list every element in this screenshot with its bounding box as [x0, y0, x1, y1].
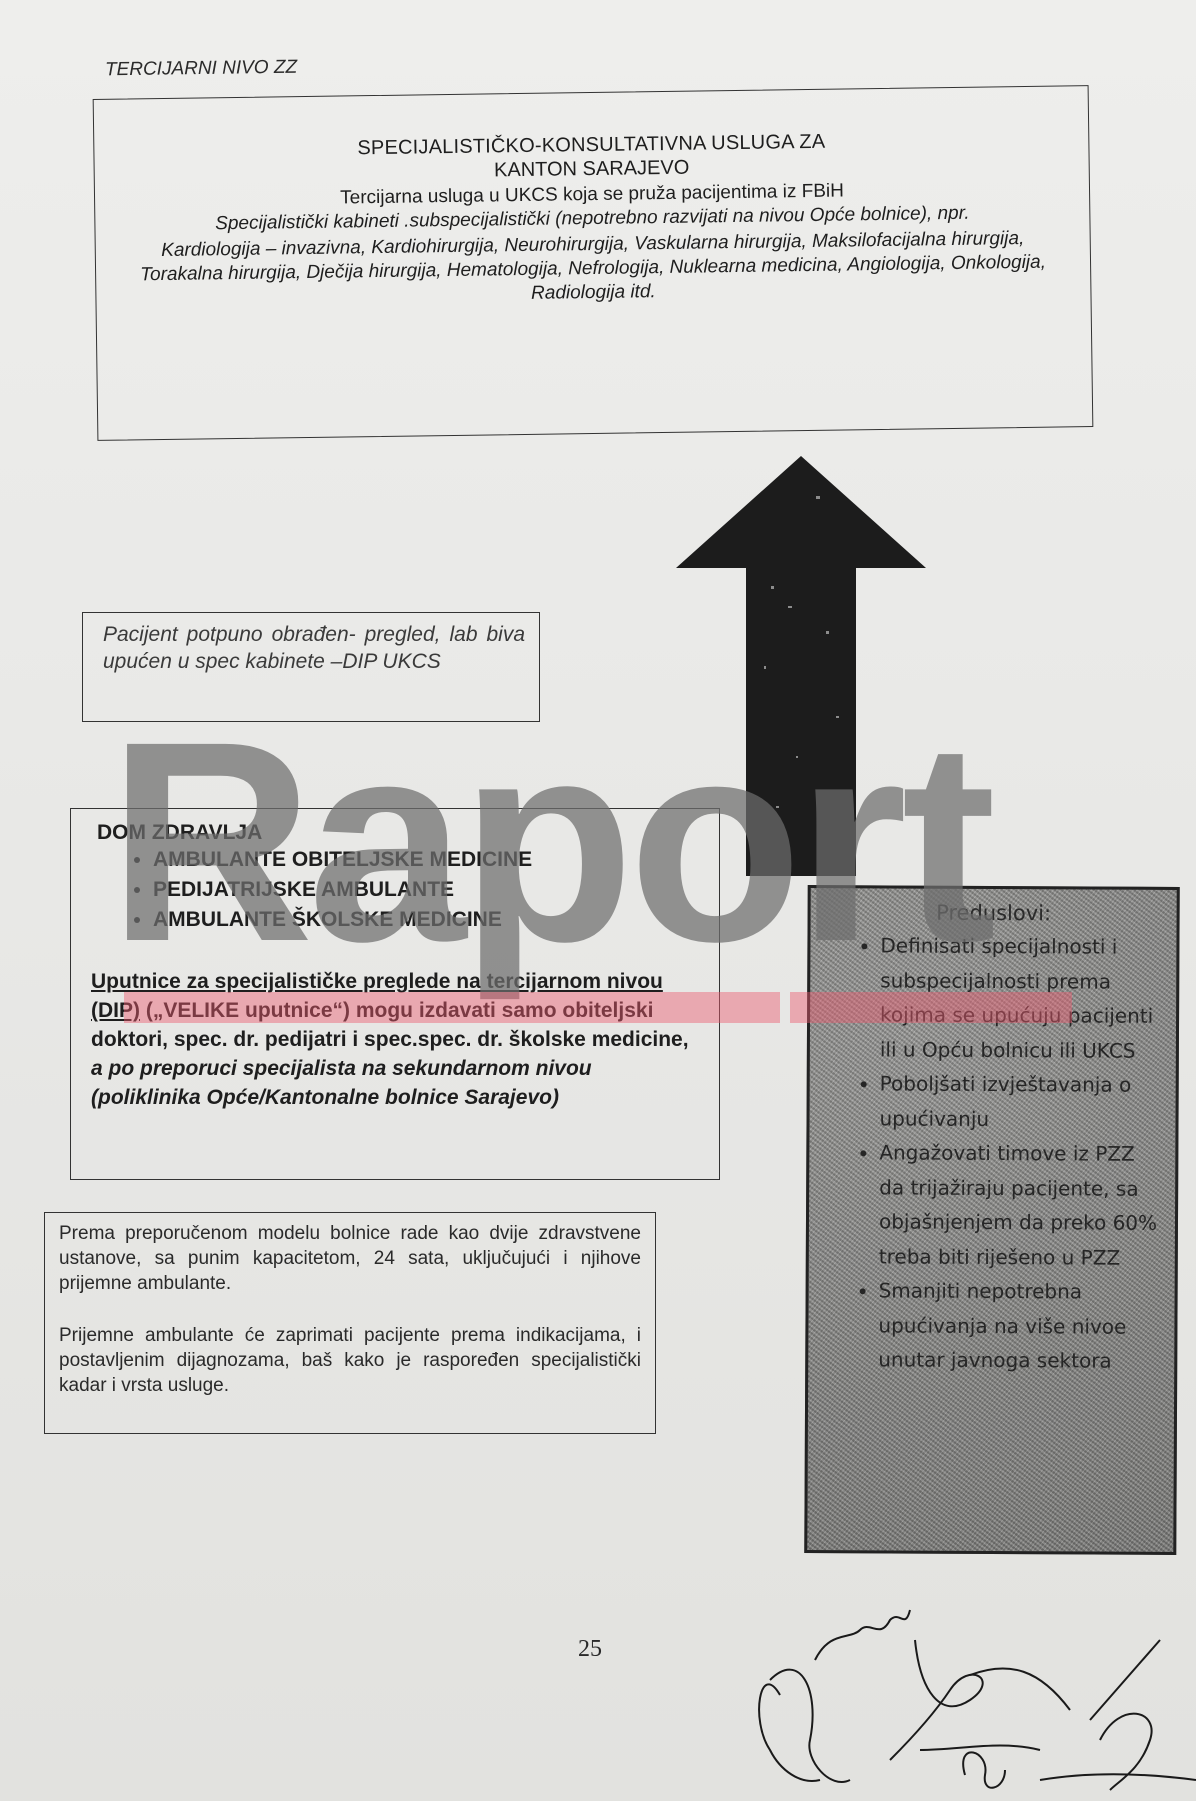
tertiary-service-box: SPECIJALISTIČKO-KONSULTATIVNA USLUGA ZA …	[93, 85, 1094, 441]
referral-italic: a po preporuci specijalista na sekundarn…	[91, 1057, 592, 1109]
precondition-item: Poboljšati izvještavanja o upućivanju	[879, 1066, 1167, 1137]
ambulance-item: AMBULANTE ŠKOLSKE MEDICINE	[153, 905, 532, 935]
preconditions-title: Preduslovi:	[811, 900, 1177, 926]
document-page: TERCIJARNI NIVO ZZ SPECIJALISTIČKO-KONSU…	[0, 0, 1196, 1801]
referral-rest: („VELIKE uputnice“) mogu izdavati samo o…	[91, 999, 689, 1051]
patient-referral-box: Pacijent potpuno obrađen- pregled, lab b…	[82, 612, 540, 722]
ambulance-item: PEDIJATRIJSKE AMBULANTE	[153, 875, 532, 905]
section-header: TERCIJARNI NIVO ZZ	[105, 57, 297, 82]
referral-paragraph: Uputnice za specijalističke preglede na …	[91, 967, 699, 1112]
precondition-item: Definisati specijalnosti i subspecijalno…	[880, 928, 1169, 1068]
model-paragraph-2: Prijemne ambulante će zaprimati pacijent…	[59, 1323, 641, 1398]
signature-scribble	[740, 1600, 1196, 1801]
model-paragraph-1: Prema preporučenom modelu bolnice rade k…	[59, 1221, 641, 1296]
dom-zdravlja-title: DOM ZDRAVLJA	[97, 821, 262, 845]
preconditions-box: Preduslovi: Definisati specijalnosti i s…	[804, 885, 1179, 1555]
tertiary-specialties: Kardiologija – invazivna, Kardiohirurgij…	[126, 226, 1061, 311]
precondition-item: Angažovati timove iz PZZ da trijažiraju …	[879, 1135, 1168, 1275]
page-number: 25	[578, 1636, 602, 1663]
dom-zdravlja-box: DOM ZDRAVLJA AMBULANTE OBITELJSKE MEDICI…	[70, 808, 720, 1180]
ambulance-item: AMBULANTE OBITELJSKE MEDICINE	[153, 845, 532, 875]
precondition-item: Smanjiti nepotrebna upućivanja na više n…	[878, 1273, 1167, 1378]
hospital-model-box: Prema preporučenom modelu bolnice rade k…	[44, 1212, 656, 1434]
preconditions-list: Definisati specijalnosti i subspecijalno…	[828, 928, 1168, 1378]
patient-referral-text: Pacijent potpuno obrađen- pregled, lab b…	[103, 621, 525, 675]
ambulance-list: AMBULANTE OBITELJSKE MEDICINE PEDIJATRIJ…	[131, 845, 532, 935]
